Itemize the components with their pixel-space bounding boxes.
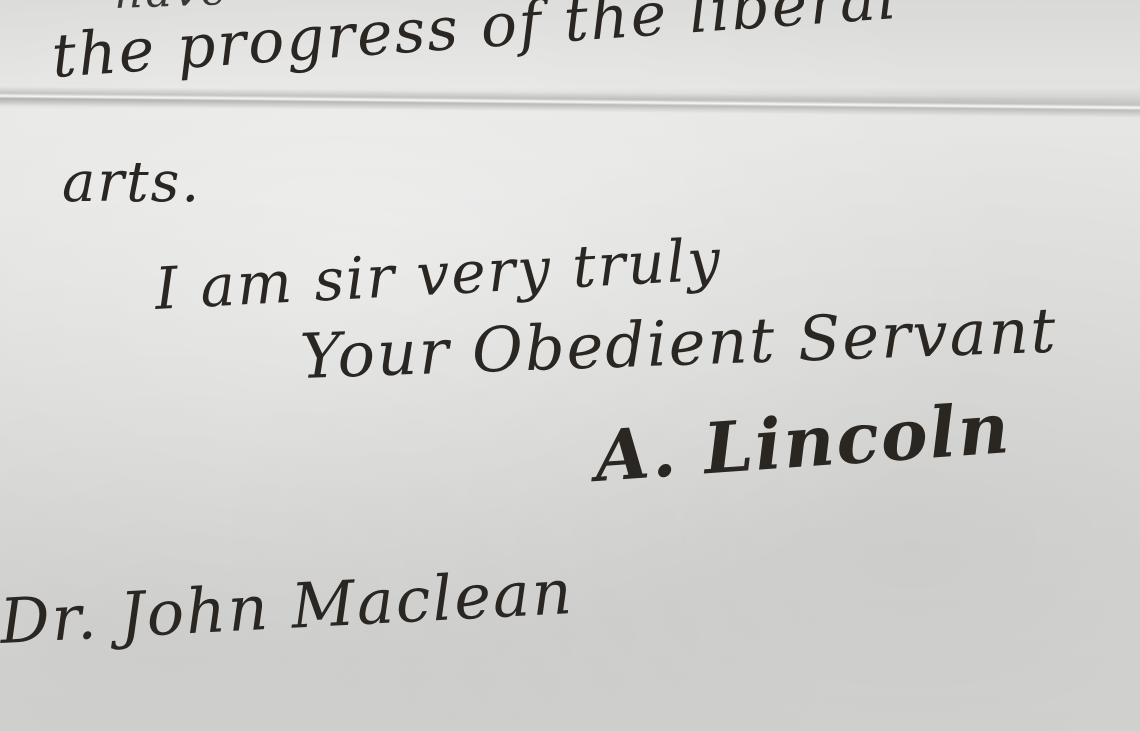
signature: A. Lincoln xyxy=(592,386,1013,498)
letter-line-2: arts. xyxy=(62,150,201,215)
letter-line-1: the progress of the liberal xyxy=(50,0,901,92)
paper-fold-crease xyxy=(0,86,1140,118)
addressee: Dr. John Maclean xyxy=(0,555,575,658)
